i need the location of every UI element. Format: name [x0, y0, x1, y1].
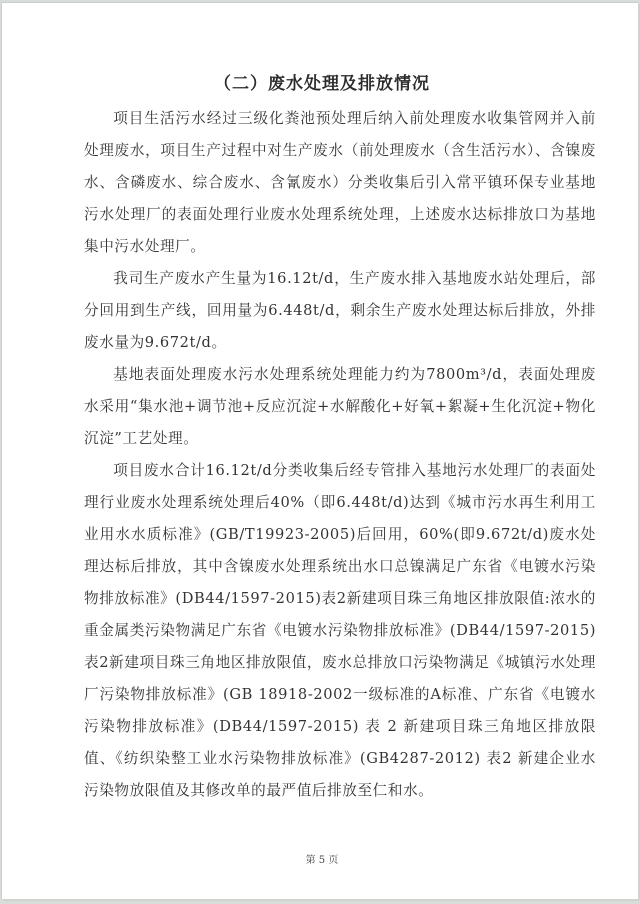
- paragraph-wastewater-volume: 我司生产废水产生量为16.12t/d，生产废水排入基地废水站处理后，部分回用到生…: [84, 263, 596, 359]
- paragraph-wastewater-collection: 项目生活污水经过三级化粪池预处理后纳入前处理废水收集管网并入前处理废水，项目生产…: [84, 103, 596, 263]
- section-title: （二）废水处理及排放情况: [2, 69, 640, 94]
- paragraph-discharge-standards: 项目废水合计16.12t/d分类收集后经专管排入基地污水处理厂的表面处理行业废水…: [84, 455, 596, 807]
- document-page: （二）废水处理及排放情况 项目生活污水经过三级化粪池预处理后纳入前处理废水收集管…: [1, 2, 638, 899]
- document-body: 项目生活污水经过三级化粪池预处理后纳入前处理废水收集管网并入前处理废水，项目生产…: [84, 103, 596, 807]
- page-number: 第 5 页: [2, 851, 640, 866]
- paragraph-treatment-capacity: 基地表面处理废水污水处理系统处理能力约为7800m³/d，表面处理废水采用“集水…: [84, 359, 596, 455]
